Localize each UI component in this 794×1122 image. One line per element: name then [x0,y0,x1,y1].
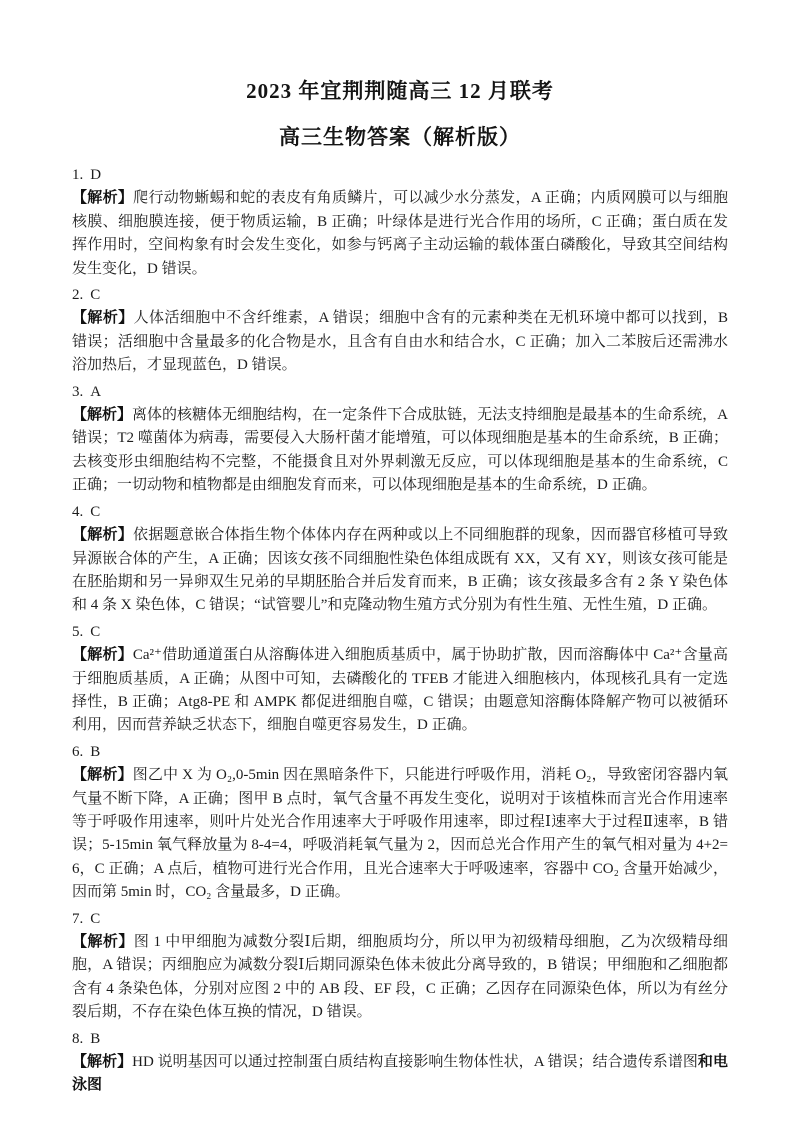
answer-block-5: 5.C 【解析】Ca²⁺借助通道蛋白从溶酶体进入细胞质基质中，属于协助扩散，因而… [72,621,728,738]
answer-block-8: 8.B 【解析】HD 说明基因可以通过控制蛋白质结构直接影响生物体性状，A 错误… [72,1028,728,1098]
question-number: 2. [72,287,83,303]
answer-block-3: 3.A 【解析】离体的核糖体无细胞结构，在一定条件下合成肽链，无法支持细胞是最基… [72,381,728,498]
answer-choice: D [90,167,101,183]
analysis-label: 【解析】 [72,767,133,783]
analysis-text: 图 1 中甲细胞为减数分裂Ⅰ后期，细胞质均分，所以甲为初级精母细胞，乙为次级精母… [72,934,728,1020]
analysis-paragraph: 【解析】HD 说明基因可以通过控制蛋白质结构直接影响生物体性状，A 错误；结合遗… [72,1051,728,1098]
analysis-text: 离体的核糖体无细胞结构，在一定条件下合成肽链，无法支持细胞是最基本的生命系统，A… [72,407,728,493]
answer-number-line: 7.C [72,908,728,931]
analysis-text: HD 说明基因可以通过控制蛋白质结构直接影响生物体性状，A 错误；结合遗传系谱图 [132,1054,698,1070]
analysis-paragraph: 【解析】依据题意嵌合体指生物个体体内存在两种或以上不同细胞群的现象，因而器官移植… [72,524,728,618]
analysis-paragraph: 【解析】Ca²⁺借助通道蛋白从溶酶体进入细胞质基质中，属于协助扩散，因而溶酶体中… [72,644,728,738]
answer-number-line: 8.B [72,1028,728,1051]
answer-number-line: 5.C [72,621,728,644]
question-number: 3. [72,384,83,400]
analysis-label: 【解析】 [72,934,134,950]
answer-choice: C [90,287,100,303]
answer-block-2: 2.C 【解析】人体活细胞中不含纤维素，A 错误；细胞中含有的元素种类在无机环境… [72,284,728,378]
question-number: 6. [72,744,83,760]
answer-block-6: 6.B 【解析】图乙中 X 为 O₂,0-5min 因在黑暗条件下，只能进行呼吸… [72,741,728,905]
analysis-label: 【解析】 [72,527,133,543]
analysis-paragraph: 【解析】爬行动物蜥蜴和蛇的表皮有角质鳞片，可以减少水分蒸发，A 正确；内质网膜可… [72,187,728,281]
analysis-paragraph: 【解析】图乙中 X 为 O₂,0-5min 因在黑暗条件下，只能进行呼吸作用，消… [72,764,728,904]
analysis-paragraph: 【解析】图 1 中甲细胞为减数分裂Ⅰ后期，细胞质均分，所以甲为初级精母细胞，乙为… [72,931,728,1025]
analysis-label: 【解析】 [72,647,133,663]
exam-title: 2023 年宜荆荆随高三 12 月联考 [72,76,728,106]
answer-choice: A [90,384,101,400]
question-number: 4. [72,504,83,520]
answer-block-7: 7.C 【解析】图 1 中甲细胞为减数分裂Ⅰ后期，细胞质均分，所以甲为初级精母细… [72,908,728,1025]
analysis-label: 【解析】 [72,1054,132,1070]
question-number: 7. [72,911,83,927]
question-number: 5. [72,624,83,640]
answers-section: 1.D 【解析】爬行动物蜥蜴和蛇的表皮有角质鳞片，可以减少水分蒸发，A 正确；内… [72,164,728,1098]
answer-choice: B [90,1031,100,1047]
answer-number-line: 4.C [72,501,728,524]
question-number: 8. [72,1031,83,1047]
analysis-text: 图乙中 X 为 O₂,0-5min 因在黑暗条件下，只能进行呼吸作用，消耗 O₂… [72,767,728,900]
answer-choice: C [90,624,100,640]
answer-number-line: 1.D [72,164,728,187]
subject-answer-title: 高三生物答案（解析版） [72,122,728,152]
answer-choice: C [90,911,100,927]
analysis-paragraph: 【解析】人体活细胞中不含纤维素，A 错误；细胞中含有的元素种类在无机环境中都可以… [72,307,728,377]
analysis-text: 依据题意嵌合体指生物个体体内存在两种或以上不同细胞群的现象，因而器官移植可导致异… [72,527,728,613]
question-number: 1. [72,167,83,183]
analysis-text: 人体活细胞中不含纤维素，A 错误；细胞中含有的元素种类在无机环境中都可以找到，B… [72,310,728,373]
analysis-label: 【解析】 [72,407,132,423]
answer-number-line: 3.A [72,381,728,404]
answer-block-1: 1.D 【解析】爬行动物蜥蜴和蛇的表皮有角质鳞片，可以减少水分蒸发，A 正确；内… [72,164,728,281]
analysis-label: 【解析】 [72,310,134,326]
answer-number-line: 2.C [72,284,728,307]
answer-block-4: 4.C 【解析】依据题意嵌合体指生物个体体内存在两种或以上不同细胞群的现象，因而… [72,501,728,618]
answer-choice: B [90,744,100,760]
analysis-text: Ca²⁺借助通道蛋白从溶酶体进入细胞质基质中，属于协助扩散，因而溶酶体中 Ca²… [72,647,728,733]
document-page: 2023 年宜荆荆随高三 12 月联考 高三生物答案（解析版） 1.D 【解析】… [0,0,794,1122]
answer-choice: C [90,504,100,520]
analysis-label: 【解析】 [72,190,133,206]
analysis-paragraph: 【解析】离体的核糖体无细胞结构，在一定条件下合成肽链，无法支持细胞是最基本的生命… [72,404,728,498]
analysis-text: 爬行动物蜥蜴和蛇的表皮有角质鳞片，可以减少水分蒸发，A 正确；内质网膜可以与细胞… [72,190,728,276]
answer-number-line: 6.B [72,741,728,764]
